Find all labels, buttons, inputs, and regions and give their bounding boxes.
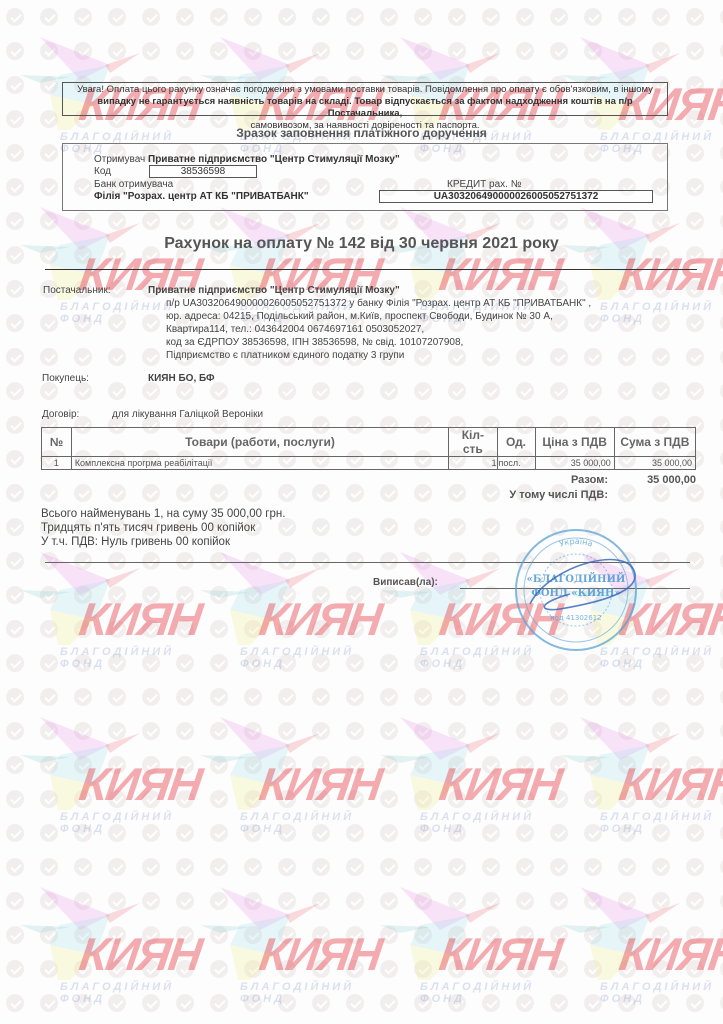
watermark-check-icon (244, 586, 262, 604)
watermark-check-icon (686, 926, 704, 944)
cell-sum: 35 000,00 (614, 457, 695, 470)
watermark-check-icon (380, 8, 398, 26)
watermark-check-icon (346, 722, 364, 740)
watermark-check-icon (414, 518, 432, 536)
watermark-check-icon (584, 994, 602, 1012)
watermark-check-icon (346, 756, 364, 774)
watermark-check-icon (346, 654, 364, 672)
watermark-check-icon (516, 824, 534, 842)
watermark-check-icon (108, 280, 126, 298)
watermark-check-icon (380, 42, 398, 60)
watermark-check-icon (244, 620, 262, 638)
watermark-check-icon (380, 824, 398, 842)
watermark-check-icon (74, 722, 92, 740)
watermark-check-icon (380, 892, 398, 910)
watermark-check-icon (312, 688, 330, 706)
watermark-check-icon (346, 926, 364, 944)
bank-label: Банк отримувача (94, 179, 173, 190)
watermark-check-icon (176, 824, 194, 842)
watermark-check-icon (210, 722, 228, 740)
watermark-check-icon (74, 314, 92, 332)
watermark-check-icon (40, 178, 58, 196)
watermark-check-icon (176, 892, 194, 910)
watermark-check-icon (686, 518, 704, 536)
watermark-check-icon (210, 8, 228, 26)
watermark-check-icon (380, 926, 398, 944)
watermark-check-icon (176, 960, 194, 978)
watermark-check-icon (550, 654, 568, 672)
watermark-check-icon (312, 586, 330, 604)
watermark-check-icon (6, 620, 24, 638)
watermark-check-icon (686, 382, 704, 400)
watermark-bird-icon (550, 885, 723, 1005)
watermark-bird-icon (10, 205, 190, 325)
watermark-check-icon (176, 722, 194, 740)
watermark-check-icon (346, 518, 364, 536)
watermark-check-icon (6, 280, 24, 298)
watermark-check-icon (448, 756, 466, 774)
watermark-logo: КИЯНБЛАГОДІЙНИЙ ФОНД (550, 885, 723, 1005)
watermark-check-icon (550, 858, 568, 876)
watermark-check-icon (686, 144, 704, 162)
watermark-check-icon (176, 552, 194, 570)
watermark-check-icon (312, 42, 330, 60)
organization-stamp: Україна «БЛАГОДІЙНИЙ ФОНД «КИЯН» код 413… (510, 524, 642, 656)
notice-line-2: випадку не гарантується наявність товарі… (67, 96, 663, 120)
watermark-check-icon (652, 620, 670, 638)
watermark-check-icon (142, 688, 160, 706)
watermark-check-icon (482, 280, 500, 298)
watermark-check-icon (108, 212, 126, 230)
watermark-check-icon (516, 994, 534, 1012)
watermark-check-icon (244, 722, 262, 740)
watermark-check-icon (686, 280, 704, 298)
watermark-check-icon (108, 382, 126, 400)
watermark-check-icon (244, 688, 262, 706)
watermark-check-icon (142, 42, 160, 60)
watermark-check-icon (550, 960, 568, 978)
watermark-logo: КИЯНБЛАГОДІЙНИЙ ФОНД (10, 715, 190, 835)
watermark-check-icon (584, 8, 602, 26)
watermark-check-icon (74, 994, 92, 1012)
watermark-check-icon (244, 790, 262, 808)
credit-account-label: КРЕДИТ рах. № (447, 179, 521, 190)
watermark-check-icon (686, 620, 704, 638)
watermark-check-icon (108, 348, 126, 366)
watermark-check-icon (448, 926, 466, 944)
watermark-check-icon (74, 620, 92, 638)
watermark-check-icon (516, 790, 534, 808)
watermark-check-icon (516, 926, 534, 944)
watermark-check-icon (346, 212, 364, 230)
watermark-check-icon (346, 892, 364, 910)
watermark-check-icon (142, 8, 160, 26)
watermark-logo: КИЯНБЛАГОДІЙНИЙ ФОНД (370, 715, 550, 835)
watermark-check-icon (482, 552, 500, 570)
watermark-check-icon (74, 926, 92, 944)
watermark-check-icon (108, 926, 126, 944)
watermark-check-icon (584, 960, 602, 978)
watermark-check-icon (618, 42, 636, 60)
watermark-check-icon (516, 212, 534, 230)
watermark-check-icon (40, 314, 58, 332)
watermark-check-icon (108, 552, 126, 570)
watermark-check-icon (482, 790, 500, 808)
supplier-detail-line: п/р UA303206490000026005052751372 у банк… (166, 297, 686, 310)
watermark-check-icon (142, 620, 160, 638)
watermark-check-icon (414, 552, 432, 570)
watermark-check-icon (6, 178, 24, 196)
watermark-check-icon (142, 790, 160, 808)
watermark-bird-icon (10, 885, 190, 1005)
watermark-check-icon (414, 858, 432, 876)
invoice-title: Рахунок на оплату № 142 від 30 червня 20… (0, 235, 723, 253)
watermark-check-icon (142, 824, 160, 842)
watermark-check-icon (686, 994, 704, 1012)
watermark-check-icon (482, 960, 500, 978)
watermark-check-icon (584, 688, 602, 706)
watermark-bird-icon (10, 550, 190, 670)
watermark-check-icon (6, 824, 24, 842)
watermark-check-icon (448, 790, 466, 808)
watermark-check-icon (210, 790, 228, 808)
watermark-check-icon (516, 280, 534, 298)
stamp-seal-icon: Україна «БЛАГОДІЙНИЙ ФОНД «КИЯН» код 413… (510, 524, 642, 656)
watermark-check-icon (550, 280, 568, 298)
credit-account-value: UA303206490000026005052751372 (379, 190, 653, 203)
watermark-check-icon (584, 42, 602, 60)
watermark-check-icon (108, 688, 126, 706)
watermark-check-icon (176, 8, 194, 26)
watermark-logo: КИЯНБЛАГОДІЙНИЙ ФОНД (190, 715, 370, 835)
watermark-check-icon (380, 960, 398, 978)
watermark-check-icon (74, 756, 92, 774)
watermark-check-icon (244, 382, 262, 400)
watermark-check-icon (380, 212, 398, 230)
watermark-check-icon (278, 42, 296, 60)
watermark-check-icon (6, 994, 24, 1012)
watermark-check-icon (6, 756, 24, 774)
watermark-check-icon (686, 654, 704, 672)
watermark-check-icon (278, 484, 296, 502)
watermark-check-icon (6, 892, 24, 910)
watermark-check-icon (414, 688, 432, 706)
watermark-check-icon (142, 722, 160, 740)
watermark-check-icon (108, 790, 126, 808)
watermark-check-icon (210, 994, 228, 1012)
watermark-check-icon (74, 654, 92, 672)
watermark-check-icon (346, 586, 364, 604)
watermark-check-icon (278, 8, 296, 26)
watermark-check-icon (6, 926, 24, 944)
watermark-check-icon (108, 314, 126, 332)
watermark-check-icon (414, 824, 432, 842)
watermark-check-icon (652, 824, 670, 842)
watermark-check-icon (380, 518, 398, 536)
watermark-check-icon (278, 688, 296, 706)
watermark-check-icon (482, 42, 500, 60)
watermark-check-icon (176, 212, 194, 230)
watermark-check-icon (584, 858, 602, 876)
watermark-check-icon (652, 688, 670, 706)
watermark-check-icon (482, 382, 500, 400)
watermark-check-icon (74, 484, 92, 502)
watermark-check-icon (6, 450, 24, 468)
watermark-check-icon (584, 824, 602, 842)
watermark-check-icon (618, 756, 636, 774)
watermark-check-icon (414, 994, 432, 1012)
watermark-check-icon (618, 280, 636, 298)
watermark-logo: КИЯНБЛАГОДІЙНИЙ ФОНД (550, 715, 723, 835)
watermark-check-icon (652, 382, 670, 400)
watermark-check-icon (380, 756, 398, 774)
watermark-check-icon (176, 926, 194, 944)
watermark-check-icon (550, 8, 568, 26)
watermark-check-icon (618, 8, 636, 26)
watermark-check-icon (312, 552, 330, 570)
watermark-check-icon (448, 824, 466, 842)
watermark-check-icon (312, 994, 330, 1012)
watermark-check-icon (686, 484, 704, 502)
watermark-check-icon (108, 8, 126, 26)
watermark-check-icon (584, 654, 602, 672)
contract-value: для лікування Галіцкой Вероніки (112, 408, 263, 421)
watermark-check-icon (346, 994, 364, 1012)
watermark-check-icon (652, 892, 670, 910)
watermark-check-icon (6, 960, 24, 978)
buyer-label: Покупець: (42, 372, 89, 385)
watermark-check-icon (74, 960, 92, 978)
watermark-check-icon (6, 212, 24, 230)
watermark-check-icon (244, 892, 262, 910)
code-value: 38536598 (149, 165, 257, 178)
watermark-check-icon (74, 790, 92, 808)
watermark-check-icon (40, 586, 58, 604)
watermark-check-icon (346, 858, 364, 876)
svg-text:«БЛАГОДІЙНИЙ: «БЛАГОДІЙНИЙ (527, 572, 626, 585)
watermark-check-icon (142, 858, 160, 876)
watermark-check-icon (210, 552, 228, 570)
supplier-detail-line: Підприємство є платником єдиного податку… (166, 349, 686, 362)
watermark-check-icon (516, 8, 534, 26)
watermark-check-icon (6, 484, 24, 502)
watermark-check-icon (176, 42, 194, 60)
watermark-check-icon (244, 824, 262, 842)
watermark-check-icon (652, 42, 670, 60)
watermark-check-icon (652, 756, 670, 774)
watermark-check-icon (686, 892, 704, 910)
watermark-check-icon (584, 280, 602, 298)
col-quantity: Кіл-сть (449, 428, 497, 457)
watermark-check-icon (482, 654, 500, 672)
payment-sample-title: Зразок заповнення платіжного доручення (0, 126, 723, 140)
title-divider (45, 269, 697, 270)
watermark-check-icon (6, 76, 24, 94)
watermark-check-icon (448, 688, 466, 706)
watermark-check-icon (584, 926, 602, 944)
vat-label: У тому числі ПДВ: (430, 489, 608, 501)
watermark-check-icon (142, 314, 160, 332)
watermark-check-icon (74, 42, 92, 60)
watermark-check-icon (380, 688, 398, 706)
watermark-check-icon (618, 688, 636, 706)
watermark-check-icon (40, 484, 58, 502)
watermark-check-icon (482, 620, 500, 638)
watermark-check-icon (278, 790, 296, 808)
watermark-check-icon (380, 484, 398, 502)
watermark-check-icon (618, 960, 636, 978)
watermark-check-icon (40, 76, 58, 94)
watermark-check-icon (448, 620, 466, 638)
watermark-check-icon (74, 824, 92, 842)
watermark-check-icon (108, 654, 126, 672)
watermark-check-icon (176, 688, 194, 706)
watermark-check-icon (244, 484, 262, 502)
watermark-check-icon (142, 484, 160, 502)
watermark-check-icon (278, 994, 296, 1012)
watermark-check-icon (346, 8, 364, 26)
watermark-check-icon (516, 382, 534, 400)
watermark-check-icon (312, 518, 330, 536)
watermark-check-icon (108, 994, 126, 1012)
watermark-check-icon (516, 960, 534, 978)
watermark-check-icon (74, 348, 92, 366)
watermark-check-icon (142, 586, 160, 604)
watermark-check-icon (176, 858, 194, 876)
watermark-check-icon (6, 42, 24, 60)
watermark-check-icon (686, 790, 704, 808)
watermark-check-icon (380, 790, 398, 808)
watermark-check-icon (652, 722, 670, 740)
svg-text:код 41302612: код 41302612 (550, 614, 601, 622)
watermark-check-icon (618, 926, 636, 944)
watermark-check-icon (618, 382, 636, 400)
watermark-check-icon (550, 212, 568, 230)
watermark-check-icon (312, 892, 330, 910)
supplier-label: Постачальник: (43, 284, 111, 297)
watermark-check-icon (652, 790, 670, 808)
supplier-detail-line: код за ЄДРПОУ 38536598, ІПН 38536598, № … (166, 336, 686, 349)
items-table: № Товари (работи, послуги) Кіл-сть Од. Ц… (41, 427, 696, 470)
code-label: Код (94, 166, 111, 177)
total-value: 35 000,00 (610, 474, 696, 486)
watermark-check-icon (108, 620, 126, 638)
watermark-check-icon (448, 654, 466, 672)
watermark-check-icon (278, 382, 296, 400)
watermark-check-icon (244, 552, 262, 570)
watermark-check-icon (74, 858, 92, 876)
watermark-check-icon (210, 960, 228, 978)
watermark-check-icon (278, 824, 296, 842)
watermark-check-icon (6, 518, 24, 536)
watermark-check-icon (482, 756, 500, 774)
watermark-check-icon (142, 926, 160, 944)
bank-value: Філія "Розрах. центр АТ КБ "ПРИВАТБАНК" (94, 191, 309, 202)
watermark-check-icon (108, 960, 126, 978)
watermark-check-icon (448, 42, 466, 60)
watermark-check-icon (312, 790, 330, 808)
watermark-check-icon (618, 994, 636, 1012)
watermark-check-icon (210, 484, 228, 502)
watermark-check-icon (244, 960, 262, 978)
watermark-check-icon (6, 790, 24, 808)
watermark-check-icon (312, 8, 330, 26)
watermark-check-icon (686, 858, 704, 876)
watermark-check-icon (482, 926, 500, 944)
watermark-check-icon (40, 552, 58, 570)
summary-line-2: Тридцять п'ять тисяч гривень 00 копійок (41, 521, 285, 535)
watermark-check-icon (550, 790, 568, 808)
watermark-check-icon (108, 858, 126, 876)
watermark-check-icon (482, 858, 500, 876)
col-unit: Од. (497, 428, 535, 457)
watermark-check-icon (686, 76, 704, 94)
watermark-check-icon (244, 994, 262, 1012)
watermark-check-icon (278, 654, 296, 672)
watermark-check-icon (346, 960, 364, 978)
watermark-check-icon (312, 926, 330, 944)
watermark-check-icon (142, 994, 160, 1012)
watermark-check-icon (516, 688, 534, 706)
col-sum: Сума з ПДВ (614, 428, 695, 457)
watermark-check-icon (448, 892, 466, 910)
supplier-detail-line: Квартира114, тел.: 043642004 0674697161 … (166, 323, 686, 336)
watermark-check-icon (652, 552, 670, 570)
watermark-check-icon (142, 654, 160, 672)
watermark-check-icon (40, 722, 58, 740)
watermark-check-icon (210, 858, 228, 876)
watermark-bird-icon (190, 550, 370, 670)
watermark-check-icon (244, 858, 262, 876)
watermark-check-icon (40, 144, 58, 162)
total-label: Разом: (480, 474, 608, 486)
watermark-check-icon (40, 654, 58, 672)
watermark-check-icon (6, 144, 24, 162)
watermark-check-icon (244, 212, 262, 230)
watermark-check-icon (74, 892, 92, 910)
watermark-check-icon (618, 484, 636, 502)
watermark-check-icon (380, 620, 398, 638)
watermark-check-icon (40, 994, 58, 1012)
watermark-check-icon (414, 42, 432, 60)
watermark-check-icon (550, 994, 568, 1012)
watermark-check-icon (652, 518, 670, 536)
watermark-check-icon (6, 586, 24, 604)
watermark-bird-icon (190, 715, 370, 835)
watermark-check-icon (550, 42, 568, 60)
watermark-check-icon (482, 688, 500, 706)
watermark-check-icon (482, 212, 500, 230)
watermark-check-icon (652, 212, 670, 230)
watermark-check-icon (414, 790, 432, 808)
watermark-check-icon (618, 824, 636, 842)
table-row: 1 Комплексна прогрма реабілітації 1 посл… (42, 457, 696, 470)
watermark-check-icon (278, 756, 296, 774)
watermark-check-icon (686, 212, 704, 230)
watermark-check-icon (142, 348, 160, 366)
watermark-check-icon (40, 8, 58, 26)
watermark-check-icon (6, 382, 24, 400)
payment-notice: Увага! Оплата цього рахунку означає пого… (62, 82, 668, 116)
supplier-name: Приватне підприємство "Центр Стимуляції … (148, 284, 400, 297)
watermark-check-icon (652, 994, 670, 1012)
cell-price: 35 000,00 (535, 457, 614, 470)
watermark-check-icon (278, 620, 296, 638)
watermark-check-icon (312, 382, 330, 400)
watermark-check-icon (380, 722, 398, 740)
watermark-check-icon (618, 892, 636, 910)
watermark-check-icon (448, 518, 466, 536)
